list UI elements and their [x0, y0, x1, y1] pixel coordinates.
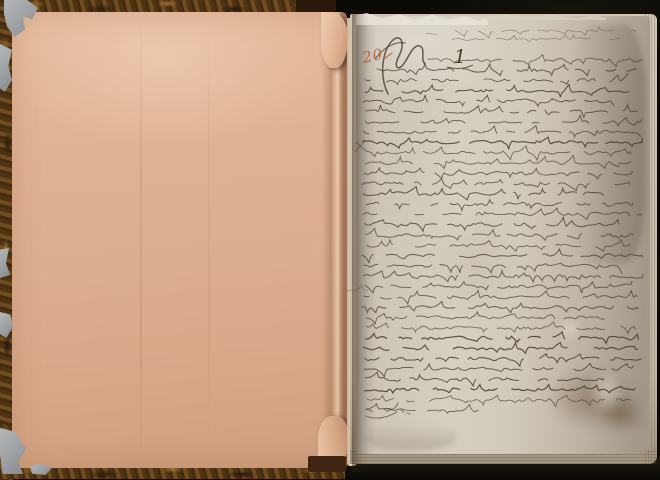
- endpaper-fold-highlight: [322, 12, 348, 468]
- light-blotch: [552, 312, 588, 346]
- paper-mottling: [416, 196, 536, 336]
- manuscript-folio-page: [356, 16, 650, 454]
- gutter-dark-patch: [308, 456, 346, 472]
- paper-crease: [208, 12, 210, 468]
- blank-endpaper-page: [12, 12, 347, 468]
- endpaper-top-curl: [321, 12, 348, 68]
- paper-crease: [140, 12, 142, 468]
- bottom-edge-stain: [366, 424, 456, 450]
- light-blotch: [580, 360, 632, 422]
- edge-darkening-stain: [570, 24, 646, 264]
- scanned-book-spread: 1 20: [0, 0, 660, 480]
- gutter-shadow: [352, 10, 368, 472]
